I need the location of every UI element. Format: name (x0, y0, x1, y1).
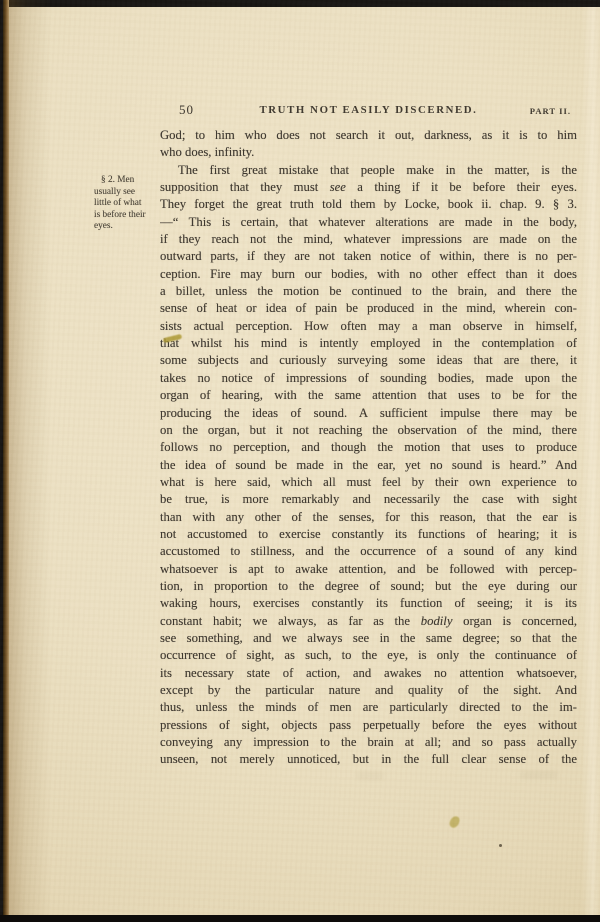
body-line: occurrence of sight, as such, to the eye… (160, 647, 577, 664)
body-line: whatsoever is apt to awake attention, an… (160, 561, 577, 578)
body-line: The first great mistake that people make… (160, 162, 577, 179)
body-line: unseen, not merely unnoticed, but in the… (160, 751, 577, 768)
body-line: pressions of sight, objects pass perpetu… (160, 717, 577, 734)
body-line: organ of hearing, with the same attentio… (160, 387, 577, 404)
body-line: its necessary state of action, and awake… (160, 665, 577, 682)
body-line: follows no perception, and though the mo… (160, 439, 577, 456)
binding-shadow (9, 0, 51, 922)
body-line: conveying any impression to the brain at… (160, 734, 577, 751)
book-page-scan: 50 TRUTH NOT EASILY DISCERNED. PART II. … (0, 0, 600, 922)
body-line: who does, infinity. (160, 144, 577, 161)
body-line: sists actual perception. How often may a… (160, 318, 577, 335)
body-line: the idea of sound be made in the ear, ye… (160, 457, 577, 474)
body-line: ception. Fire may burn our bodies, with … (160, 266, 577, 283)
margin-note-line: § 2. Men (94, 175, 160, 187)
margin-note-line: usually see (94, 187, 160, 199)
body-text: God; to him who does not search it out, … (160, 127, 577, 769)
body-line: what is here said, which all must feel b… (160, 474, 577, 491)
body-line: if they reach not the mind, whatever imp… (160, 231, 577, 248)
body-line: that whilst his mind is intently employe… (160, 335, 577, 352)
body-line: be true, is more remarkably and necessar… (160, 491, 577, 508)
body-line: —“ This is certain, that whatever altera… (160, 214, 577, 231)
margin-note-line: is before their (94, 210, 160, 222)
body-line: outward parts, if they are not taken not… (160, 248, 577, 265)
body-line: takes no notice of impressions of soundi… (160, 370, 577, 387)
stain-mark (448, 815, 461, 829)
body-line: God; to him who does not search it out, … (160, 127, 577, 144)
body-line: except by the particular nature and qual… (160, 682, 577, 699)
show-through-smudge (356, 772, 384, 780)
page-right-edge-light (582, 7, 600, 915)
body-line: accustomed to stillness, and the occurre… (160, 543, 577, 560)
body-line: sense of heat or idea of pain be produce… (160, 300, 577, 317)
scan-edge-top (0, 0, 600, 7)
body-line: some subjects and curiously surveying so… (160, 352, 577, 369)
scan-edge-bottom (0, 915, 600, 922)
body-line: not accustomed to exercise constantly it… (160, 526, 577, 543)
body-line: They forget the great truth told them by… (160, 196, 577, 213)
body-line: than with any other of the senses, for t… (160, 509, 577, 526)
body-line: producing the ideas of sound. A sufficie… (160, 405, 577, 422)
body-line: see something, and we always see in the … (160, 630, 577, 647)
margin-note-line: little of what (94, 198, 160, 210)
stain-speck (499, 844, 502, 847)
body-line: thus, unless the minds of men are partic… (160, 699, 577, 716)
body-line: constant habit; we always, as far as the… (160, 613, 577, 630)
body-line: on the organ, but it not reaching the ob… (160, 422, 577, 439)
show-through-smudge (520, 771, 558, 779)
margin-note-line: eyes. (94, 221, 160, 233)
margin-note: § 2. Men usually see little of what is b… (94, 175, 160, 233)
body-line: tion, in proportion to the degree of sou… (160, 578, 577, 595)
page-binding-edge (3, 0, 9, 922)
body-line: supposition that they must see a thing i… (160, 179, 577, 196)
part-label: PART II. (160, 106, 571, 116)
body-line: waking hours, exercises constantly its f… (160, 595, 577, 612)
body-line: a billet, unless the motion be continued… (160, 283, 577, 300)
